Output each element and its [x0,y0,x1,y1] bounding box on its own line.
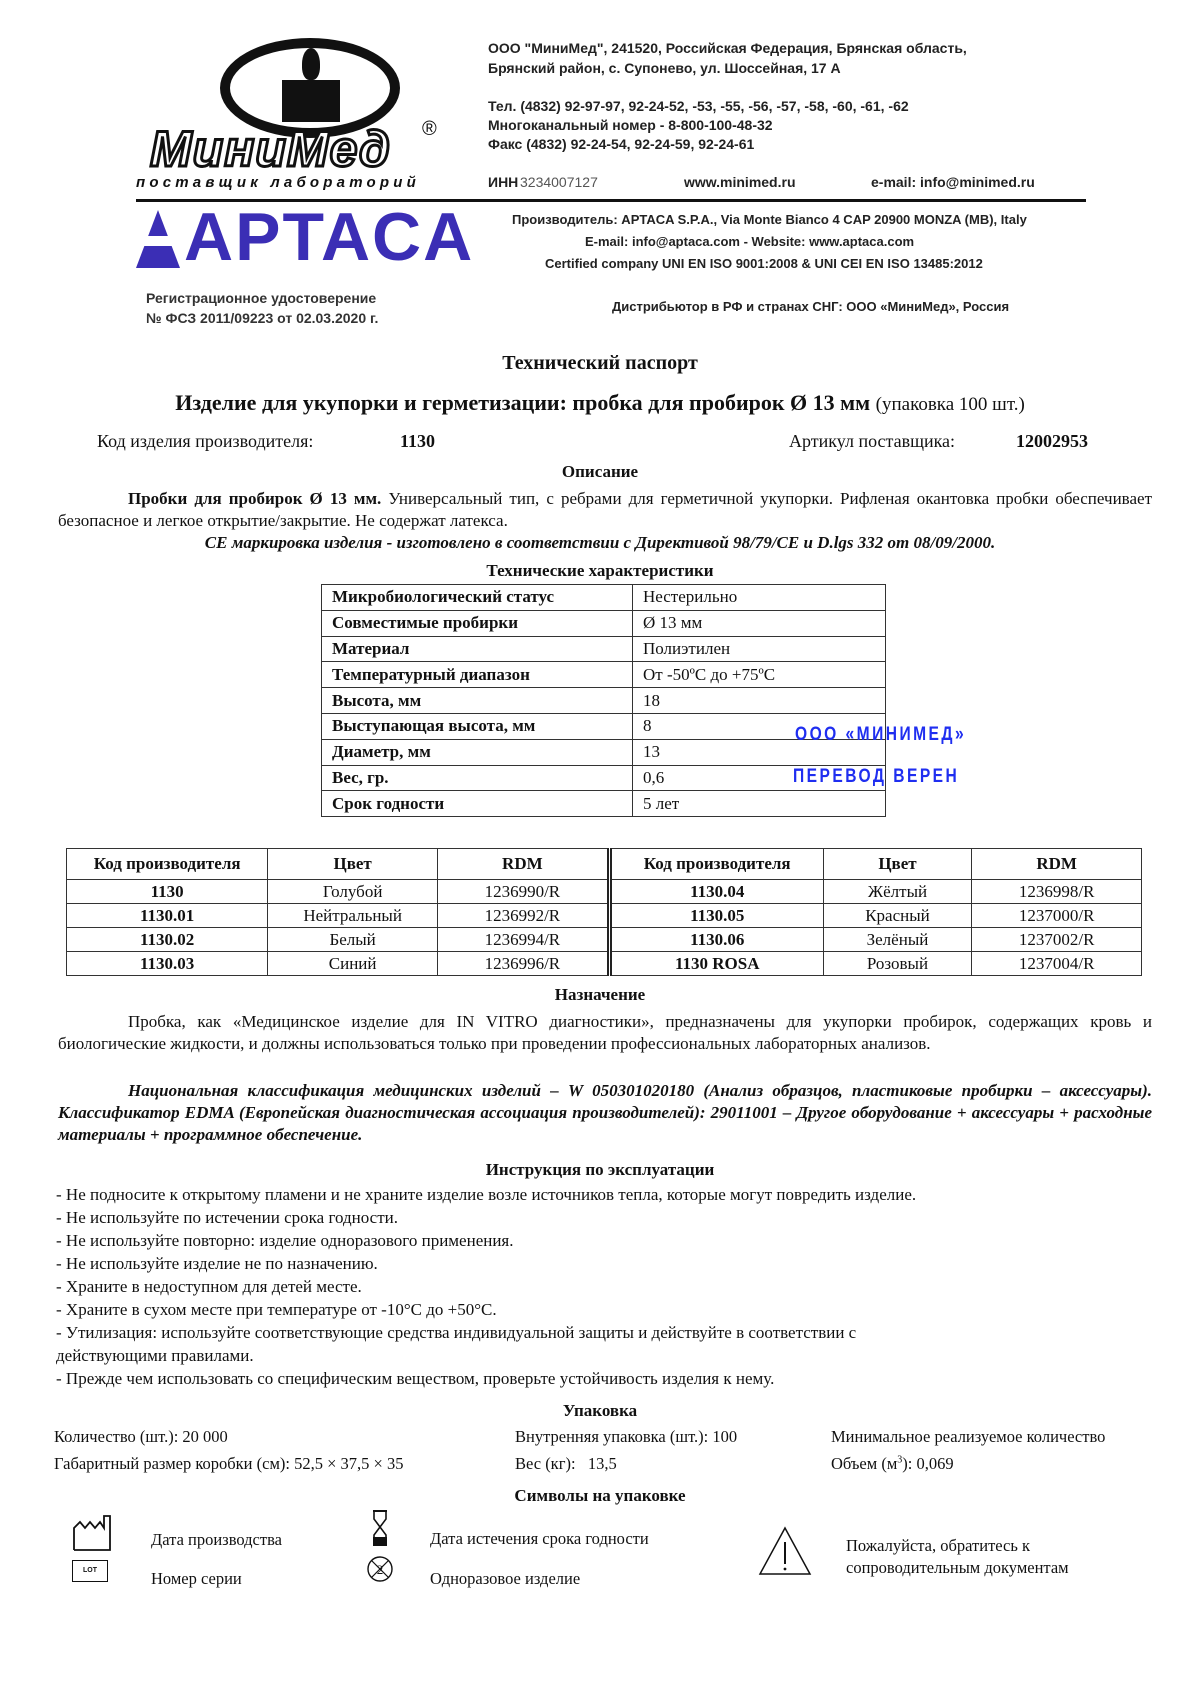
instruction-item: - Храните в сухом месте при температуре … [56,1298,916,1321]
instruction-item: - Храните в недоступном для детей месте. [56,1275,916,1298]
packaging-volume: Объем (м3): 0,069 [831,1454,954,1474]
mfr-code-value: 1130 [400,431,435,452]
packaging-heading: Упаковка [0,1401,1200,1421]
spec-row: МатериалПолиэтилен [322,636,886,662]
instruction-item: - Утилизация: используйте соответствующи… [56,1321,916,1344]
variant-color: Красный [823,904,972,928]
aptaca-certification: Certified company UNI EN ISO 9001:2008 &… [545,256,983,271]
minimed-candle-icon [282,80,340,122]
variant-color: Голубой [268,880,438,904]
spec-key: Срок годности [322,791,633,817]
instruction-item: - Не используйте по истечении срока годн… [56,1206,916,1229]
spec-value: 18 [633,688,886,714]
variant-row: 1130.02Белый1236994/R1130.06Зелёный12370… [67,928,1142,952]
packaging-quantity: Количество (шт.): 20 000 [54,1427,228,1447]
spec-row: Совместимые пробиркиØ 13 мм [322,610,886,636]
spec-row: Температурный диапазонОт -50ºС до +75ºС [322,662,886,688]
variant-code: 1130.05 [609,904,823,928]
minimed-fax: Факс (4832) 92-24-54, 92-24-59, 92-24-61 [488,136,754,152]
supplier-article-value: 12002953 [1016,431,1088,452]
minimed-slogan: поставщик лабораторий [136,174,420,191]
product-title: Изделие для укупорки и герметизации: про… [0,390,1200,416]
variant-rdm: 1237004/R [972,952,1142,976]
variants-header-cell: Цвет [823,849,972,880]
ce-marking-note: CE маркировка изделия - изготовлено в со… [0,533,1200,553]
minimed-phone: Тел. (4832) 92-97-97, 92-24-52, -53, -55… [488,98,909,114]
spec-value: Нестерильно [633,585,886,611]
manufacture-date-icon [72,1514,112,1552]
minimed-wordmark: МиниМед [150,120,391,178]
variant-rdm: 1237002/R [972,928,1142,952]
registered-mark: ® [422,118,437,141]
variant-row: 1130Голубой1236990/R1130.04Жёлтый1236998… [67,880,1142,904]
minimed-website[interactable]: www.minimed.ru [684,174,796,190]
variants-header-cell: RDM [972,849,1142,880]
variant-rdm: 1237000/R [972,904,1142,928]
variants-header-cell: Цвет [268,849,438,880]
description-heading: Описание [0,462,1200,482]
variant-color: Синий [268,952,438,976]
variant-row: 1130.01Нейтральный1236992/R1130.05Красны… [67,904,1142,928]
variant-code: 1130.04 [609,880,823,904]
spec-row: Срок годности5 лет [322,791,886,817]
instruction-item: - Не используйте повторно: изделие однор… [56,1229,916,1252]
mfr-code-label: Код изделия производителя: [97,431,313,452]
aptaca-wordmark: APTACA [184,198,474,276]
symbol-label-single-use: Одноразовое изделие [430,1569,580,1589]
variant-rdm: 1236996/R [437,952,609,976]
spec-value: Ø 13 мм [633,610,886,636]
aptaca-contacts: E-mail: info@aptaca.com - Website: www.a… [585,234,914,249]
spec-value: От -50ºС до +75ºС [633,662,886,688]
minimed-email[interactable]: e-mail: info@minimed.ru [871,174,1035,190]
distributor-info: Дистрибьютор в РФ и странах СНГ: ООО «Ми… [612,299,1009,314]
translation-stamp-line1: ООО «МИНИМЕД» [795,724,966,746]
variant-code: 1130.06 [609,928,823,952]
variant-code: 1130 [67,880,268,904]
hourglass-icon [371,1509,389,1547]
description-lead: Пробки для пробирок Ø 13 мм. [128,489,381,508]
instruction-item: - Не используйте изделие не по назначени… [56,1252,916,1275]
purpose-text: Пробка, как «Медицинское изделие для IN … [58,1011,1152,1055]
variant-code: 1130.03 [67,952,268,976]
instruction-item: действующими правилами. [56,1344,916,1367]
spec-row: Микробиологический статусНестерильно [322,585,886,611]
translation-stamp-line2: ПЕРЕВОД ВЕРЕН [793,766,959,788]
variant-code: 1130.02 [67,928,268,952]
aptaca-manufacturer: Производитель: APTACA S.P.A., Via Monte … [512,212,1027,227]
instructions-heading: Инструкция по эксплуатации [0,1160,1200,1180]
minimed-inn-value: 3234007127 [520,174,598,190]
spec-key: Диаметр, мм [322,739,633,765]
variant-rdm: 1236992/R [437,904,609,928]
spec-key: Выступающая высота, мм [322,713,633,739]
aptaca-logo: APTACA [136,206,496,276]
variants-header-cell: RDM [437,849,609,880]
variant-color: Белый [268,928,438,952]
spec-key: Микробиологический статус [322,585,633,611]
packaging-inner: Внутренняя упаковка (шт.): 100 [515,1427,737,1447]
variants-table: Код производителяЦветRDMКод производител… [66,848,1142,976]
specs-heading: Технические характеристики [0,561,1200,581]
spec-key: Материал [322,636,633,662]
minimed-multichannel: Многоканальный номер - 8-800-100-48-32 [488,117,773,133]
purpose-heading: Назначение [0,985,1200,1005]
variant-rdm: 1236990/R [437,880,609,904]
spec-key: Совместимые пробирки [322,610,633,636]
instructions-list: - Не подносите к открытому пламени и не … [56,1183,916,1390]
do-not-reuse-icon: 2 [366,1555,394,1583]
symbol-label-lot: Номер серии [151,1569,242,1589]
product-pack-size: (упаковка 100 шт.) [876,394,1025,415]
minimed-address-line2: Брянский район, с. Супонево, ул. Шоссейн… [488,60,841,76]
packaging-min-qty: Минимальное реализуемое количество [831,1427,1105,1447]
instruction-item: - Не подносите к открытому пламени и не … [56,1183,916,1206]
minimed-inn-label: ИНН [488,174,518,190]
variant-code: 1130 ROSA [609,952,823,976]
spec-key: Температурный диапазон [322,662,633,688]
variant-code: 1130.01 [67,904,268,928]
variants-header-cell: Код производителя [67,849,268,880]
variant-color: Нейтральный [268,904,438,928]
spec-key: Вес, гр. [322,765,633,791]
spec-row: Высота, мм18 [322,688,886,714]
spec-value: Полиэтилен [633,636,886,662]
classification-text: Национальная классификация медицинских и… [58,1080,1152,1146]
symbol-label-manufacture-date: Дата производства [151,1530,282,1550]
variants-header-cell: Код производителя [609,849,823,880]
variant-color: Зелёный [823,928,972,952]
variant-row: 1130.03Синий1236996/R1130 ROSAРозовый123… [67,952,1142,976]
symbols-heading: Символы на упаковке [0,1486,1200,1506]
supplier-article-label: Артикул поставщика: [789,431,955,452]
spec-key: Высота, мм [322,688,633,714]
aptaca-triangle-cut [144,236,172,246]
registration-line2: № ФСЗ 2011/09223 от 02.03.2020 г. [146,310,378,326]
variant-color: Розовый [823,952,972,976]
warning-icon [758,1526,812,1576]
lot-icon: LOT [72,1560,108,1582]
symbol-label-expiry-date: Дата истечения срока годности [430,1529,649,1549]
description-text: Пробки для пробирок Ø 13 мм. Универсальн… [58,488,1152,532]
document-type-title: Технический паспорт [0,352,1200,375]
registration-line1: Регистрационное удостоверение [146,290,376,306]
minimed-logo: МиниМед ® поставщик лабораторий [150,38,470,198]
minimed-address-line1: ООО "МиниМед", 241520, Российская Федера… [488,40,967,56]
symbol-label-warning-line2: сопроводительным документам [846,1558,1069,1578]
packaging-box-size: Габаритный размер коробки (см): 52,5 × 3… [54,1454,403,1474]
packaging-weight: Вес (кг): 13,5 [515,1454,617,1474]
product-name: Изделие для укупорки и герметизации: про… [175,390,870,415]
variant-rdm: 1236998/R [972,880,1142,904]
minimed-flame-icon [302,48,320,80]
symbol-label-warning-line1: Пожалуйста, обратитесь к [846,1536,1030,1556]
spec-value: 5 лет [633,791,886,817]
variant-color: Жёлтый [823,880,972,904]
svg-text:2: 2 [377,1562,384,1577]
variant-rdm: 1236994/R [437,928,609,952]
instruction-item: - Прежде чем использовать со специфическ… [56,1367,916,1390]
